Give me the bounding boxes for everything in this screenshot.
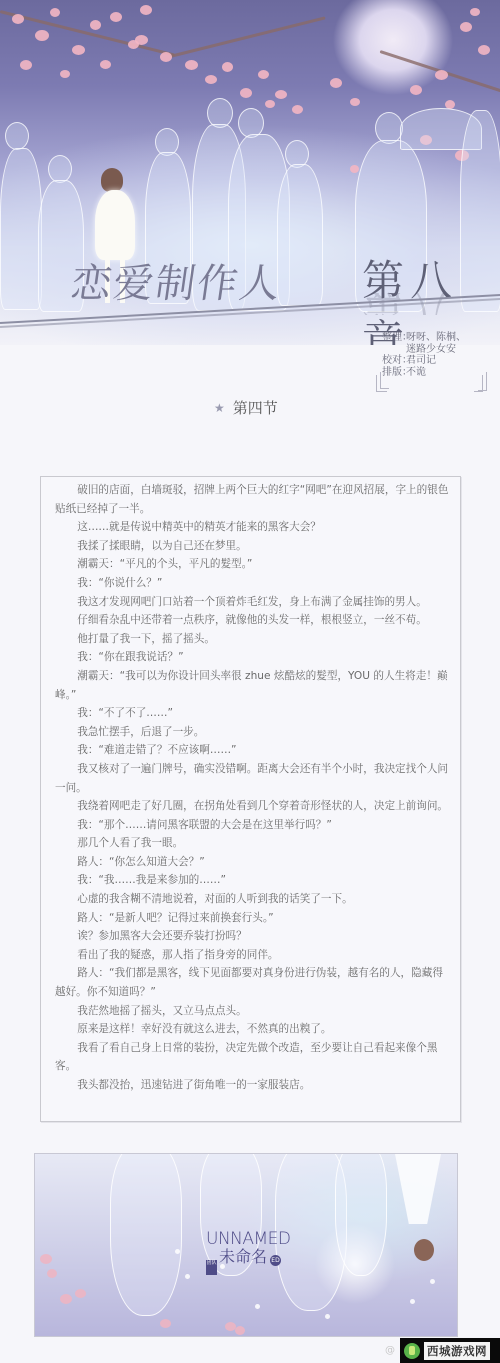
petal-decoration xyxy=(35,30,49,41)
series-title: 恋爱制作人 xyxy=(68,252,286,309)
section-title: 第四节 xyxy=(233,399,278,417)
story-paragraph: 我这才发现网吧门口站着一个顶着炸毛红发，身上布满了金属挂饰的男人。 xyxy=(55,593,450,612)
petal-decoration xyxy=(410,85,422,95)
logo-circle-mark: ED xyxy=(270,1255,281,1266)
petal-decoration xyxy=(478,45,490,55)
team-logo-banner: UNNAMED 团队未命名ED xyxy=(34,1153,458,1337)
petal-decoration xyxy=(292,105,303,114)
petal-decoration xyxy=(100,60,111,69)
story-paragraph: 我：“那个……请问黑客联盟的大会是在这里举行吗？” xyxy=(55,816,450,835)
credit-value: 君司记 xyxy=(406,355,436,366)
cherry-branch-decoration xyxy=(0,10,175,56)
petal-decoration xyxy=(72,45,85,55)
sparkle-decoration xyxy=(430,1279,435,1284)
credit-row: 校对：君司记 xyxy=(382,355,466,367)
petal-decoration xyxy=(160,1319,171,1328)
weibo-icon: @ xyxy=(385,1345,395,1356)
credits-block: 整理：呀呀、陈桐、 迷路少女安 校对：君司记 排版：不诡 xyxy=(382,332,466,378)
credit-value: 不诡 xyxy=(406,367,426,378)
logo-chinese-row: 团队未命名ED xyxy=(206,1248,291,1275)
corner-bracket-decoration xyxy=(380,372,389,389)
story-paragraph: 我：“不了不了……” xyxy=(55,704,450,723)
girl-figure-head xyxy=(101,168,123,192)
girl-figure xyxy=(95,190,135,260)
petal-decoration xyxy=(47,1269,57,1278)
credit-label: 校对： xyxy=(382,355,406,367)
silhouette-figure xyxy=(0,148,42,310)
silhouette-figure xyxy=(335,1153,387,1276)
sparkle-decoration xyxy=(410,1299,415,1304)
petal-decoration xyxy=(350,165,359,173)
story-paragraph: 我茫然地摇了摇头，又立马点点头。 xyxy=(55,1002,450,1021)
story-body: 破旧的店面，白墙斑驳，招牌上两个巨大的红字“网吧”在迎风招展，字上的银色贴纸已经… xyxy=(41,477,460,1095)
credit-row: 排版：不诡 xyxy=(382,367,466,379)
petal-decoration xyxy=(470,8,480,16)
petal-decoration xyxy=(185,60,198,70)
story-paragraph: 我：“我……我是来参加的……” xyxy=(55,871,450,890)
petal-decoration xyxy=(460,22,472,32)
petal-decoration xyxy=(330,78,342,88)
silhouette-figure xyxy=(277,164,323,306)
petal-decoration xyxy=(60,1294,72,1304)
story-paragraph: 路人：“我们都是黑客，线下见面都要对真身份进行伪装，越有名的人，隐藏得越好。你不… xyxy=(55,964,450,1001)
story-paragraph: 他打量了我一下，摇了摇头。 xyxy=(55,630,450,649)
unnamed-team-logo: UNNAMED 团队未命名ED xyxy=(206,1230,291,1275)
site-watermark-text: 西城游戏网 xyxy=(424,1342,490,1360)
petal-decoration xyxy=(350,98,360,106)
logo-square-mark: 团队 xyxy=(206,1260,217,1275)
corner-bracket-decoration xyxy=(474,375,483,392)
petal-decoration xyxy=(50,8,60,17)
story-paragraph: 原来是这样！幸好没有就这么进去，不然真的出糗了。 xyxy=(55,1020,450,1039)
petal-decoration xyxy=(60,70,70,78)
story-paragraph: 那几个人看了我一眼。 xyxy=(55,834,450,853)
credit-value: 迷路少女安 xyxy=(406,344,456,355)
story-paragraph: 我揉了揉眼睛，以为自己还在梦里。 xyxy=(55,537,450,556)
petal-decoration xyxy=(110,12,122,22)
credit-row: 整理：呀呀、陈桐、 xyxy=(382,332,466,344)
petal-decoration xyxy=(12,14,24,24)
story-paragraph: 诶？参加黑客大会还要乔装打扮吗？ xyxy=(55,927,450,946)
chapter-cover-banner: 恋爱制作人 第八章 第八章 xyxy=(0,0,500,345)
story-paragraph: 我看了看自己身上日常的装扮，决定先做个改造，至少要让自己看起来像个黑客。 xyxy=(55,1039,450,1076)
story-paragraph: 这……就是传说中精英中的精英才能来的黑客大会？ xyxy=(55,518,450,537)
story-paragraph: 破旧的店面，白墙斑驳，招牌上两个巨大的红字“网吧”在迎风招展，字上的银色贴纸已经… xyxy=(55,481,450,518)
story-paragraph: 潮霸天：“我可以为你设计回头率很 zhue 炫酷炫的髮型，YOU 的人生将走！巅… xyxy=(55,667,450,704)
site-watermark[interactable]: 西城游戏网 xyxy=(400,1338,500,1363)
cherry-branch-decoration xyxy=(170,16,326,58)
story-paragraph: 仔细看杂乱中还带着一点秩序，就像他的头发一样，根根竖立，一丝不苟。 xyxy=(55,611,450,630)
sparkle-decoration xyxy=(255,1304,260,1309)
story-paragraph: 心虚的我含糊不清地说着，对面的人听到我的话笑了一下。 xyxy=(55,890,450,909)
petal-decoration xyxy=(435,70,448,80)
sparkle-decoration xyxy=(325,1314,330,1319)
petal-decoration xyxy=(20,60,32,70)
sparkle-decoration xyxy=(185,1274,190,1279)
silhouette-figure xyxy=(110,1153,182,1316)
petal-decoration xyxy=(275,90,287,99)
credit-row: 迷路少女安 xyxy=(382,344,466,356)
petal-decoration xyxy=(258,70,269,79)
logo-english-text: UNNAMED xyxy=(206,1230,291,1248)
site-logo-icon xyxy=(404,1343,420,1359)
petal-decoration xyxy=(135,35,148,45)
credit-label: 整理： xyxy=(382,332,406,344)
silhouette-figure xyxy=(48,155,72,183)
sparkle-decoration xyxy=(175,1249,180,1254)
petal-decoration xyxy=(235,1326,245,1335)
section-heading: ★第四节 xyxy=(214,397,278,418)
story-paragraph: 我：“你说什么？” xyxy=(55,574,450,593)
story-paragraph: 看出了我的疑惑，那人指了指身旁的同伴。 xyxy=(55,946,450,965)
petal-decoration xyxy=(205,75,217,84)
logo-chinese-text: 未命名 xyxy=(219,1247,267,1266)
story-paragraph: 我：“你在跟我说话？” xyxy=(55,648,450,667)
petal-decoration xyxy=(90,20,101,30)
upside-down-girl-head xyxy=(414,1239,434,1261)
petal-decoration xyxy=(222,62,233,72)
petal-decoration xyxy=(240,88,252,98)
petal-decoration xyxy=(75,1289,86,1298)
petal-decoration xyxy=(160,52,172,62)
credit-value: 呀呀、陈桐、 xyxy=(406,332,466,343)
story-paragraph: 我绕着网吧走了好几圈，在拐角处看到几个穿着奇形怪状的人，决定上前询问。 xyxy=(55,797,450,816)
petal-decoration xyxy=(40,1254,52,1264)
story-text-box: 破旧的店面，白墙斑驳，招牌上两个巨大的红字“网吧”在迎风招展，字上的银色贴纸已经… xyxy=(40,476,461,1122)
story-paragraph: 路人：“是新人吧？记得过来前换套行头。” xyxy=(55,909,450,928)
story-paragraph: 路人：“你怎么知道大会？” xyxy=(55,853,450,872)
story-paragraph: 我头都没抬，迅速钻进了街角唯一的一家服装店。 xyxy=(55,1076,450,1095)
story-paragraph: 我：“难道走错了？不应该啊……” xyxy=(55,741,450,760)
star-icon: ★ xyxy=(214,401,225,415)
petal-decoration xyxy=(140,5,152,15)
story-paragraph: 我急忙摆手，后退了一步。 xyxy=(55,723,450,742)
petal-decoration xyxy=(265,100,275,108)
story-paragraph: 我又核对了一遍门牌号，确实没错啊。距离大会还有半个小时，我决定找个人问一问。 xyxy=(55,760,450,797)
story-paragraph: 潮霸天：“平凡的个头，平凡的髮型。” xyxy=(55,555,450,574)
silhouette-figure xyxy=(5,122,29,150)
upside-down-girl-figure xyxy=(395,1154,441,1224)
